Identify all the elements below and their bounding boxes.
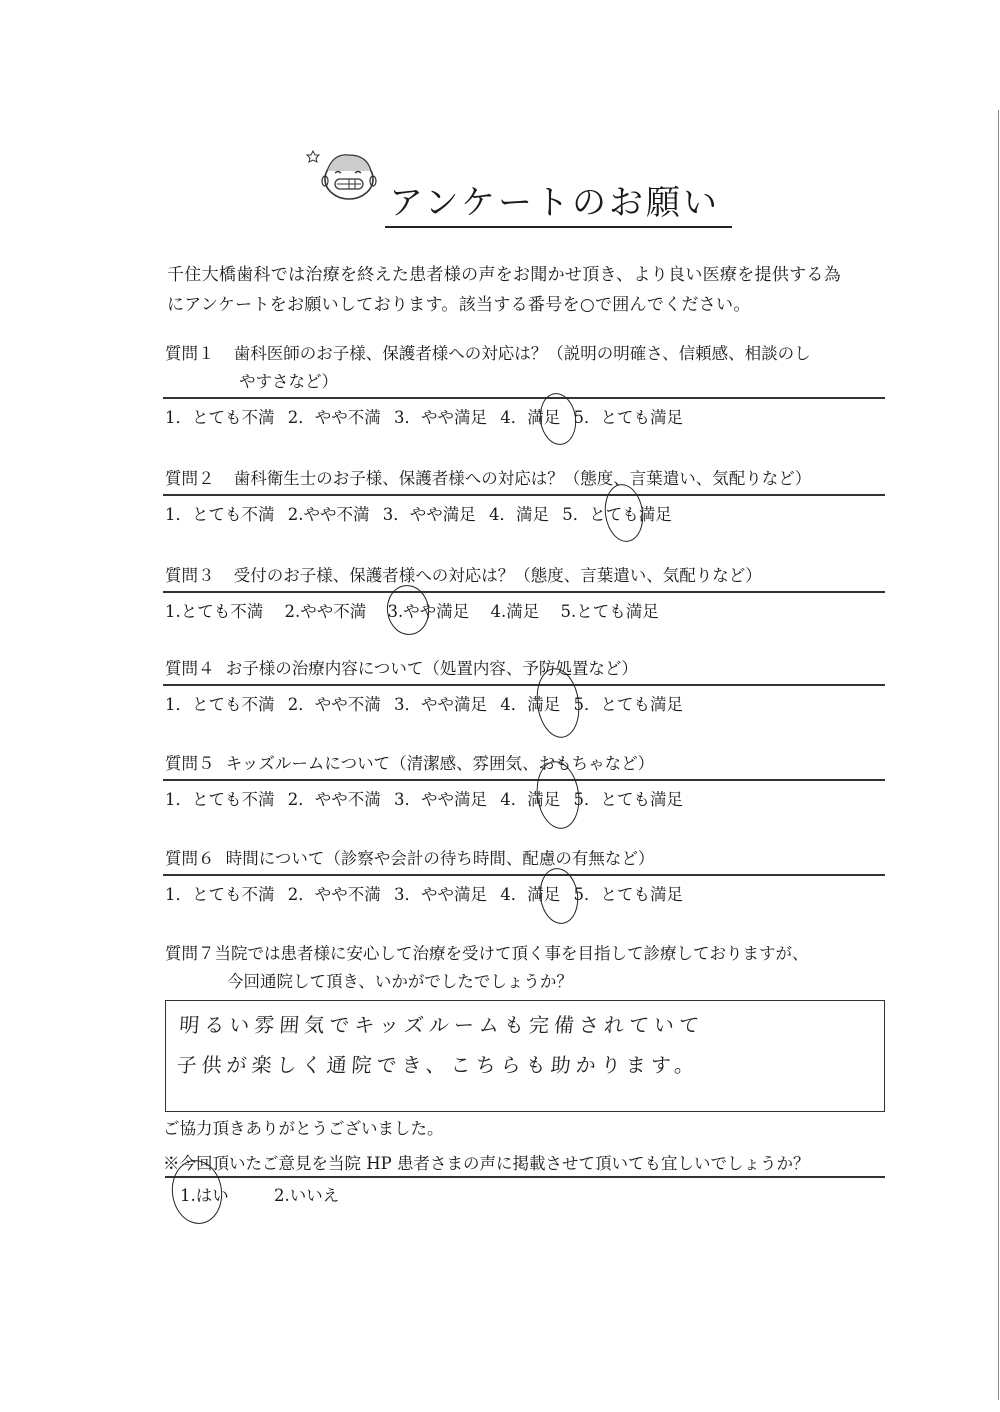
q1-option-2[interactable]: 2．やや不満: [288, 403, 381, 433]
title-area: アンケートのお願い: [305, 145, 725, 215]
smiling-child-face-icon: [305, 145, 385, 205]
q3-option-5[interactable]: 5.とても満足: [561, 597, 659, 627]
q5-option-1[interactable]: 1．とても不満: [165, 785, 275, 815]
q6-option-3[interactable]: 3．やや満足: [394, 880, 487, 910]
question-1-text-cont: やすさなど）: [165, 368, 885, 396]
question-1-rule: [163, 397, 885, 399]
q4-option-2[interactable]: 2．やや不満: [288, 690, 381, 720]
question-4-title: 質問４ お子様の治療内容について（処置内容、予防処置など）: [165, 655, 885, 683]
question-1-label: 質問１: [165, 344, 215, 363]
question-3-title: 質問３ 受付のお子様、保護者様への対応は？（態度、言葉遣い、気配りなど）: [165, 562, 885, 590]
question-2-options: 1．とても不満 2.やや不満 3．やや満足 4．満足 5．とても満足: [165, 500, 885, 530]
q4-option-3[interactable]: 3．やや満足: [394, 690, 487, 720]
handwritten-line-1: 明るい雰囲気でキッズルームも完備されていて: [178, 1005, 705, 1045]
q4-option-1[interactable]: 1．とても不満: [165, 690, 275, 720]
q2-option-3[interactable]: 3．やや満足: [383, 500, 476, 530]
question-3-rule: [163, 591, 885, 593]
question-5-rule: [163, 779, 885, 781]
question-6: 質問６ 時間について（診察や会計の待ち時間、配慮の有無など） 1．とても不満 2…: [165, 845, 885, 910]
question-7-label: 質問７: [165, 944, 215, 963]
q1-option-3[interactable]: 3．やや満足: [394, 403, 487, 433]
thanks-text: ご協力頂きありがとうございました。: [163, 1115, 444, 1139]
question-4-label: 質問４: [165, 659, 215, 678]
q6-option-1[interactable]: 1．とても不満: [165, 880, 275, 910]
question-6-label: 質問６: [165, 849, 215, 868]
question-3: 質問３ 受付のお子様、保護者様への対応は？（態度、言葉遣い、気配りなど） 1.と…: [165, 562, 885, 627]
intro-line-2: にアンケートをお願いしております。該当する番号を○で囲んでください。: [167, 290, 897, 320]
question-2-text: 歯科衛生士のお子様、保護者様への対応は？（態度、言葉遣い、気配りなど）: [234, 469, 812, 488]
page-title: アンケートのお願い: [385, 175, 732, 228]
q1-option-1[interactable]: 1．とても不満: [165, 403, 275, 433]
question-2-title: 質問２ 歯科衛生士のお子様、保護者様への対応は？（態度、言葉遣い、気配りなど）: [165, 465, 885, 493]
question-7-title: 質問７当院では患者様に安心して治療を受けて頂く事を目指して診療しておりますが、 …: [165, 940, 885, 996]
question-5-label: 質問５: [165, 754, 215, 773]
q2-option-2[interactable]: 2.やや不満: [288, 500, 370, 530]
question-5-options: 1．とても不満 2．やや不満 3．やや満足 4．満足 5．とても満足: [165, 785, 885, 815]
question-6-rule: [163, 874, 885, 876]
question-4-text: お子様の治療内容について（処置内容、予防処置など）: [226, 659, 638, 678]
q1-selected-circle: [537, 391, 580, 448]
free-answer-box[interactable]: 明るい雰囲気でキッズルームも完備されていて 子供が楽しく通院でき、こちらも助かり…: [165, 1000, 885, 1112]
question-4-rule: [163, 684, 885, 686]
question-6-title: 質問６ 時間について（診察や会計の待ち時間、配慮の有無など）: [165, 845, 885, 873]
q3-option-4[interactable]: 4.満足: [491, 597, 540, 627]
q6-option-5[interactable]: 5．とても満足: [574, 880, 684, 910]
q6-option-2[interactable]: 2．やや不満: [288, 880, 381, 910]
question-7-text-cont: 今回通院して頂き、いかがでしたでしょうか？: [165, 968, 885, 996]
consent-rule: [165, 1176, 885, 1178]
consent-option-no[interactable]: 2.いいえ: [274, 1186, 339, 1205]
question-3-options: 1.とても不満 2.やや不満 3.やや満足 4.満足 5.とても満足: [165, 597, 885, 627]
question-2: 質問２ 歯科衛生士のお子様、保護者様への対応は？（態度、言葉遣い、気配りなど） …: [165, 465, 885, 530]
q2-option-1[interactable]: 1．とても不満: [165, 500, 275, 530]
question-1: 質問１ 歯科医師のお子様、保護者様への対応は？（説明の明確さ、信頼感、相談のし …: [165, 340, 885, 433]
question-3-text: 受付のお子様、保護者様への対応は？（態度、言葉遣い、気配りなど）: [234, 566, 762, 585]
handwritten-line-2: 子供が楽しく通院でき、こちらも助かります。: [175, 1045, 702, 1085]
scan-edge-line: [998, 110, 999, 1400]
question-6-text: 時間について（診察や会計の待ち時間、配慮の有無など）: [226, 849, 655, 868]
question-2-label: 質問２: [165, 469, 215, 488]
q1-option-5[interactable]: 5．とても満足: [574, 403, 684, 433]
question-7-text: 当院では患者様に安心して治療を受けて頂く事を目指して診療しておりますが、: [215, 944, 809, 963]
question-7: 質問７当院では患者様に安心して治療を受けて頂く事を目指して診療しておりますが、 …: [165, 940, 885, 996]
q5-option-5[interactable]: 5．とても満足: [574, 785, 684, 815]
consent-question: ※今回頂いたご意見を当院 HP 患者さまの声に掲載させて頂いても宜しいでしょうか…: [163, 1150, 809, 1174]
question-3-label: 質問３: [165, 566, 215, 585]
q5-option-2[interactable]: 2．やや不満: [288, 785, 381, 815]
question-5: 質問５ キッズルームについて（清潔感、雰囲気、おもちゃなど） 1．とても不満 2…: [165, 750, 885, 815]
question-1-title: 質問１ 歯科医師のお子様、保護者様への対応は？（説明の明確さ、信頼感、相談のし …: [165, 340, 885, 396]
question-1-text: 歯科医師のお子様、保護者様への対応は？（説明の明確さ、信頼感、相談のし: [234, 344, 811, 363]
q3-option-1[interactable]: 1.とても不満: [165, 597, 263, 627]
question-4-options: 1．とても不満 2．やや不満 3．やや満足 4．満足 5．とても満足: [165, 690, 885, 720]
question-1-options: 1．とても不満 2．やや不満 3．やや満足 4．満足 5．とても満足: [165, 403, 885, 433]
question-4: 質問４ お子様の治療内容について（処置内容、予防処置など） 1．とても不満 2．…: [165, 655, 885, 720]
intro-text: 千住大橋歯科では治療を終えた患者様の声をお聞かせ頂き、より良い医療を提供する為 …: [167, 260, 897, 320]
intro-line-1: 千住大橋歯科では治療を終えた患者様の声をお聞かせ頂き、より良い医療を提供する為: [167, 260, 897, 290]
handwritten-answer: 明るい雰囲気でキッズルームも完備されていて 子供が楽しく通院でき、こちらも助かり…: [175, 1005, 705, 1085]
q5-option-3[interactable]: 3．やや満足: [394, 785, 487, 815]
question-5-text: キッズルームについて（清潔感、雰囲気、おもちゃなど）: [226, 754, 654, 773]
q4-option-5[interactable]: 5．とても満足: [574, 690, 684, 720]
q3-option-2[interactable]: 2.やや不満: [285, 597, 367, 627]
question-6-options: 1．とても不満 2．やや不満 3．やや満足 4．満足 5．とても満足: [165, 880, 885, 910]
q2-option-4[interactable]: 4．満足: [489, 500, 549, 530]
question-2-rule: [163, 494, 885, 496]
question-5-title: 質問５ キッズルームについて（清潔感、雰囲気、おもちゃなど）: [165, 750, 885, 778]
